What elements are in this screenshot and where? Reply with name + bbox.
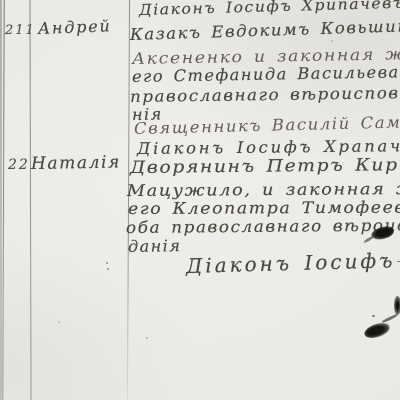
column-rule-left [2, 0, 4, 400]
paper-speck [58, 321, 60, 323]
record-number: 211 [5, 23, 36, 38]
column-rule-number [29, 0, 31, 400]
record-text-line: оба православнаго вѣроиспов [126, 215, 400, 237]
paper-speck [331, 40, 333, 42]
record-text-line: Священникъ Василій Самбурж [134, 111, 400, 138]
document-scan-page: Діаконъ Іосифъ Хрипачевъ 211 Андрей Каза… [0, 0, 400, 400]
deacon-signature-text: Діаконъ Іосифъ [186, 248, 396, 278]
paper-speck [372, 315, 375, 317]
record-text-line: данія [128, 236, 182, 256]
ink-blot-edge [394, 296, 400, 315]
record-text-line: православнаго вѣроисповѣда- [130, 83, 400, 106]
deacon-signature: Діаконъ Іосифъ [186, 247, 400, 278]
ink-blot [363, 321, 392, 341]
record-name: Наталія [31, 152, 121, 174]
record-number: 22 [8, 157, 30, 173]
previous-record-tail-line: Діаконъ Іосифъ Хрипачевъ [139, 0, 400, 19]
record-text-line: его Клеопатра Тимофеева [128, 197, 400, 218]
record-name: Андрей [38, 16, 112, 38]
previous-record-tail-text: Діаконъ Іосифъ Хрипачевъ [139, 0, 400, 19]
paper-speck [107, 268, 109, 270]
paper-speck [146, 337, 148, 339]
record-text-line: Казакъ Евдокимъ Ковьшикъ [130, 16, 400, 44]
paper-speck [106, 262, 108, 264]
record-text-line: Дворянинъ Петръ Кирил [130, 155, 400, 178]
